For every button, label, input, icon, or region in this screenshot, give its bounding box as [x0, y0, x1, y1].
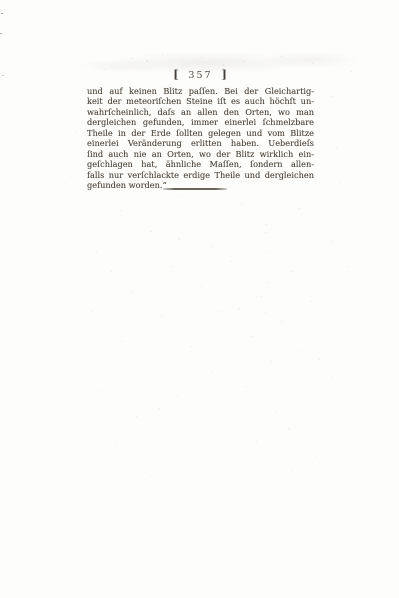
scan-edge-marks [0, 0, 2, 1]
text-line: keit der meteoriſchen Steine iſt es auch… [87, 96, 314, 106]
text-line: geſchlagen hat, ähnliche Maſſen, ſondern… [87, 159, 314, 169]
body-paragraph: und auf keinen Blitz paſſen. Bei der Gle… [87, 86, 314, 190]
text-line: Theile in der Erde ſollten gelegen und v… [87, 128, 314, 138]
header-right-bracket: ] [222, 68, 228, 81]
text-line: und auf keinen Blitz paſſen. Bei der Gle… [87, 86, 314, 96]
text-line: einerlei Veränderung erlitten haben. Ueb… [87, 138, 314, 148]
running-head: [357] [87, 68, 314, 81]
book-page-scan: [357] und auf keinen Blitz paſſen. Bei d… [0, 0, 399, 598]
text-line: wahrſcheinlich, daſs an allen den Orten,… [87, 107, 314, 117]
text-line: falls nur verſchlackte erdige Theile und… [87, 170, 314, 180]
text-line: ſind auch nie an Orten, wo der Blitz wir… [87, 149, 314, 159]
section-divider-rule [163, 188, 227, 190]
header-left-bracket: [ [173, 68, 179, 81]
text-line: dergleichen gefunden, immer einerlei ſch… [87, 117, 314, 127]
page-number: 357 [188, 70, 212, 81]
